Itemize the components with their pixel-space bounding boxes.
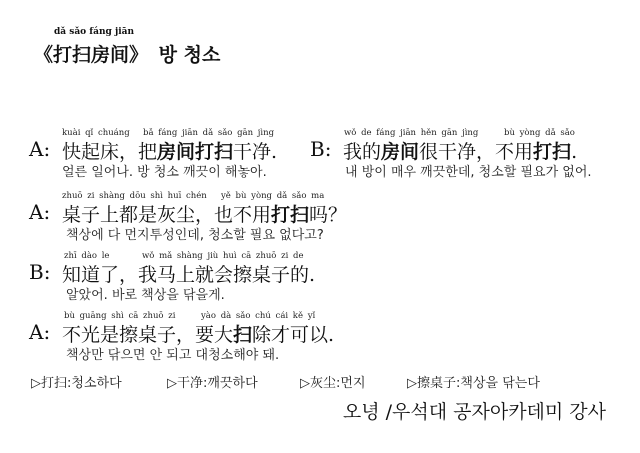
chinese-text: . (571, 141, 577, 163)
page-title: 《打扫房间》 방 청소 (34, 40, 220, 67)
triangle-bullet-icon: ▷ (407, 376, 417, 391)
chinese-sentence: 桌子上都是灰尘，也不用打扫吗？ (62, 200, 347, 227)
vocab-item: ▷干净:깨끗하다 (167, 372, 258, 391)
speaker-label: A: (29, 137, 50, 161)
vocab-term: 擦桌子 (417, 376, 456, 391)
speaker-label: B: (29, 260, 50, 284)
speaker-label: A: (29, 320, 50, 344)
vocab-term: 灰尘 (310, 376, 336, 391)
title-bracket-close: 》 (129, 44, 148, 66)
korean-translation: 책상에 다 먼지투성인데, 청소할 필요 없다고? (66, 224, 324, 243)
chinese-text: 干净. (233, 141, 277, 163)
speaker-label: A: (29, 200, 50, 224)
vocab-meaning: 청소하다 (71, 376, 121, 391)
triangle-bullet-icon: ▷ (167, 376, 177, 391)
chinese-sentence: 知道了，我马上就会擦桌子的. (62, 260, 315, 287)
title-pinyin: dǎ sǎo fáng jiān (54, 27, 134, 37)
speaker-label: B: (310, 137, 331, 161)
vocab-term: 打扫 (41, 376, 67, 391)
vocab-meaning: 먼지 (340, 376, 365, 391)
korean-translation: 책상만 닦으면 안 되고 대청소해야 돼. (66, 344, 279, 363)
chinese-keyword: 房间 (381, 141, 419, 163)
chinese-text: 不光是擦桌子，要大 (62, 324, 233, 346)
korean-translation: 알았어. 바로 책상을 닦을게. (66, 284, 225, 303)
vocab-item: ▷灰尘:먼지 (300, 372, 366, 391)
chinese-keyword: 房间打扫 (157, 141, 233, 163)
chinese-text: 除才可以. (252, 324, 334, 346)
chinese-text: 我的 (343, 141, 381, 163)
chinese-keyword: 打扫 (271, 204, 309, 226)
chinese-keyword: 扫 (233, 324, 252, 346)
chinese-sentence: 快起床，把房间打扫干净. (62, 137, 277, 164)
chinese-sentence: 我的房间很干净，不用打扫. (343, 137, 577, 164)
korean-translation: 얼른 일어나. 방 청소 깨끗이 해놓아. (62, 161, 267, 180)
triangle-bullet-icon: ▷ (300, 376, 310, 391)
author-credit: 오녕 /우석대 공자아카데미 강사 (343, 397, 606, 424)
vocab-item: ▷打扫:청소하다 (31, 372, 122, 391)
title-korean: 방 청소 (159, 44, 221, 66)
chinese-text: 快起床，把 (62, 141, 157, 163)
vocab-term: 干净 (177, 376, 203, 391)
chinese-text: 吗？ (309, 204, 347, 226)
korean-translation: 내 방이 매우 깨끗한데, 청소할 필요가 없어. (345, 161, 592, 180)
chinese-text: 很干净，不用 (419, 141, 533, 163)
chinese-text: 知道了，我马上就会擦桌子的. (62, 264, 315, 286)
vocab-meaning: 깨끗하다 (207, 376, 257, 391)
triangle-bullet-icon: ▷ (31, 376, 41, 391)
chinese-text: 桌子上都是灰尘，也不用 (62, 204, 271, 226)
chinese-sentence: 不光是擦桌子，要大扫除才可以. (62, 320, 334, 347)
vocab-item: ▷擦桌子:책상을 닦는다 (407, 372, 540, 391)
title-chinese: 打扫房间 (53, 44, 129, 66)
vocab-meaning: 책상을 닦는다 (460, 376, 539, 391)
chinese-keyword: 打扫 (533, 141, 571, 163)
title-bracket-open: 《 (34, 44, 53, 66)
